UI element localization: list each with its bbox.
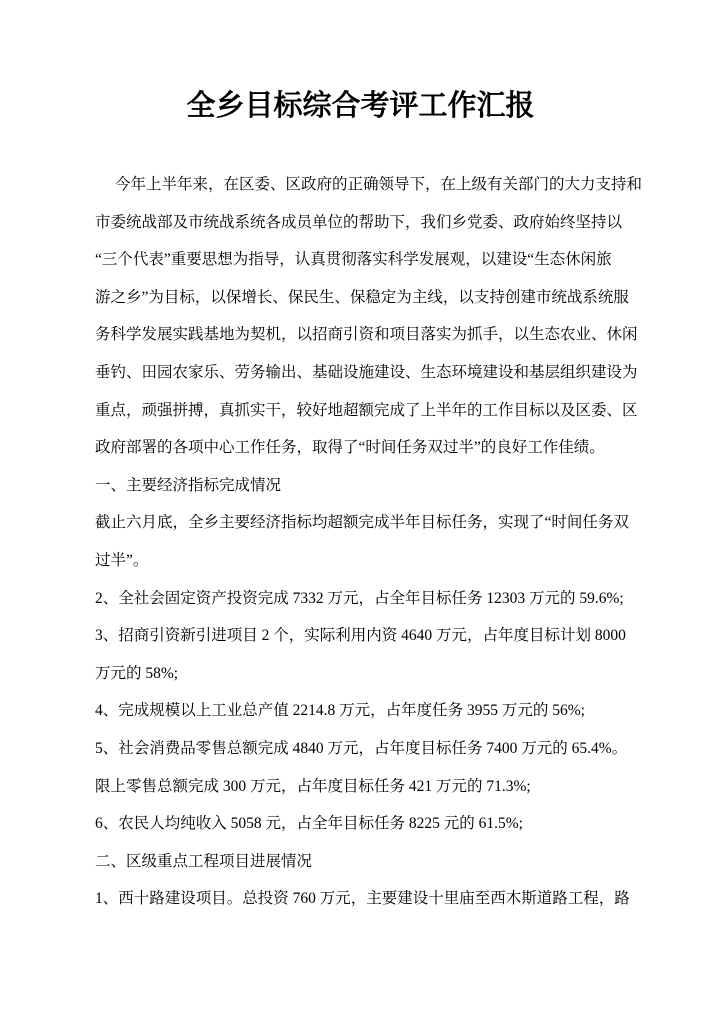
project-item-1: 1、西十路建设项目。总投资 760 万元，主要建设十里庙至西木斯道路工程，路 [95,880,626,918]
text-line: 重点，顽强拼搏，真抓实干，较好地超额完成了上半年的工作目标以及区委、区 [95,392,626,430]
text-line: 万元的 58%; [95,655,626,693]
text-line: 4、完成规模以上工业总产值 2214.8 万元，占年度任务 3955 万元的 5… [95,692,626,730]
section-1-heading: 一、主要经济指标完成情况 [95,467,626,505]
text-line: 5、社会消费品零售总额完成 4840 万元，占年度目标任务 7400 万元的 6… [95,730,626,768]
indicator-item-6: 6、农民人均纯收入 5058 元，占全年目标任务 8225 元的 61.5%; [95,805,626,843]
text-line: 6、农民人均纯收入 5058 元，占全年目标任务 8225 元的 61.5%; [95,805,626,843]
text-line: 3、招商引资新引进项目 2 个，实际利用内资 4640 万元，占年度目标计划 8… [95,617,626,655]
text-line: 1、西十路建设项目。总投资 760 万元，主要建设十里庙至西木斯道路工程，路 [95,880,626,918]
text-line: 今年上半年来，在区委、区政府的正确领导下，在上级有关部门的大力支持和 [95,166,626,204]
section-1-summary-paragraph: 截止六月底，全乡主要经济指标均超额完成半年目标任务，实现了“时间任务双过半”。 [95,504,626,579]
document-content: 今年上半年来，在区委、区政府的正确领导下，在上级有关部门的大力支持和市委统战部及… [95,166,626,918]
text-line: 垂钓、田园农家乐、劳务输出、基础设施建设、生态环境建设和基层组织建设为 [95,354,626,392]
text-line: 政府部署的各项中心工作任务，取得了“时间任务双过半”的良好工作佳绩。 [95,429,626,467]
text-line: 限上零售总额完成 300 万元，占年度目标任务 421 万元的 71.3%; [95,768,626,806]
document-page: 全乡目标综合考评工作汇报 今年上半年来，在区委、区政府的正确领导下，在上级有关部… [0,0,721,1020]
document-title: 全乡目标综合考评工作汇报 [95,85,626,127]
text-line: “三个代表”重要思想为指导，认真贯彻落实科学发展观，以建设“生态休闲旅 [95,241,626,279]
text-line: 2、全社会固定资产投资完成 7332 万元，占全年目标任务 12303 万元的 … [95,580,626,618]
indicator-item-5: 5、社会消费品零售总额完成 4840 万元，占年度目标任务 7400 万元的 6… [95,730,626,805]
text-line: 截止六月底，全乡主要经济指标均超额完成半年目标任务，实现了“时间任务双 [95,504,626,542]
text-line: 过半”。 [95,542,626,580]
indicator-item-3: 3、招商引资新引进项目 2 个，实际利用内资 4640 万元，占年度目标计划 8… [95,617,626,692]
text-line: 一、主要经济指标完成情况 [95,467,626,505]
indicator-item-2: 2、全社会固定资产投资完成 7332 万元，占全年目标任务 12303 万元的 … [95,580,626,618]
intro-paragraph: 今年上半年来，在区委、区政府的正确领导下，在上级有关部门的大力支持和市委统战部及… [95,166,626,467]
text-line: 二、区级重点工程项目进展情况 [95,843,626,881]
text-line: 市委统战部及市统战系统各成员单位的帮助下，我们乡党委、政府始终坚持以 [95,204,626,242]
indicator-item-4: 4、完成规模以上工业总产值 2214.8 万元，占年度任务 3955 万元的 5… [95,692,626,730]
text-line: 务科学发展实践基地为契机，以招商引资和项目落实为抓手，以生态农业、休闲 [95,316,626,354]
text-line: 游之乡”为目标，以保增长、保民生、保稳定为主线，以支持创建市统战系统服 [95,279,626,317]
section-2-heading: 二、区级重点工程项目进展情况 [95,843,626,881]
